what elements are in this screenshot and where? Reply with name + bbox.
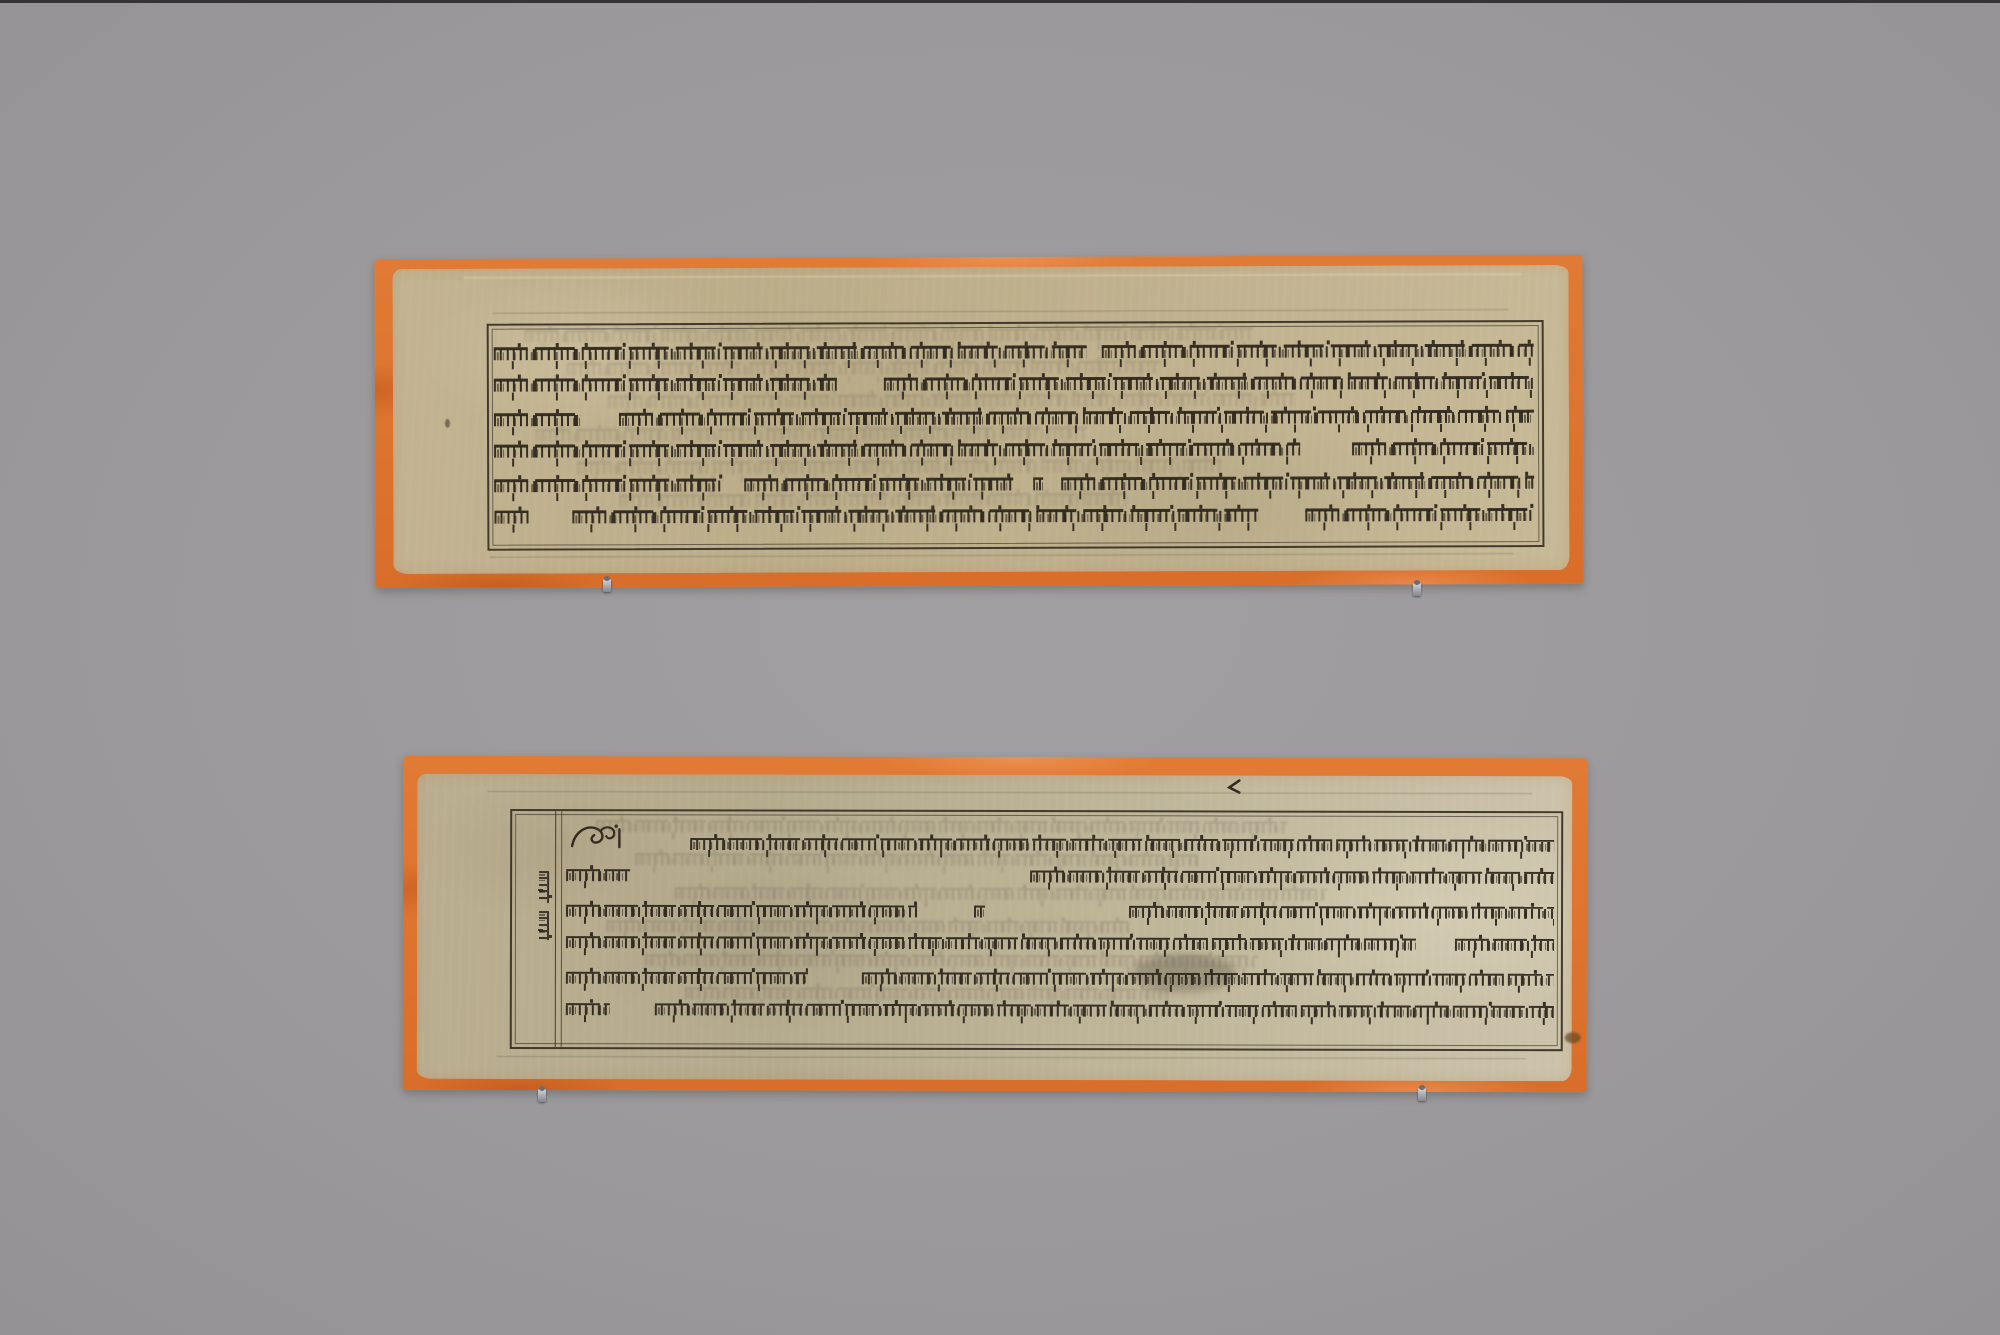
ghost-segment (605, 916, 1129, 943)
margin-divider-rule (555, 811, 562, 1047)
bleed-rule (487, 791, 1532, 794)
ghost-segment (608, 389, 1294, 418)
photo-backdrop (0, 0, 2000, 1335)
folio-top-script-block (494, 322, 1535, 549)
mounting-pin (1413, 582, 1421, 596)
bleed-through-ghost-line (494, 454, 1534, 485)
ghost-segment (567, 356, 1160, 385)
ghost-segment (684, 983, 1168, 1010)
bleed-through-ghost-line (566, 816, 1554, 844)
mounting-pin (538, 1088, 546, 1102)
bleed-through-ghost-line (494, 322, 1534, 353)
mounting-pin (603, 578, 611, 592)
bleed-through-ghost-line (494, 421, 1534, 452)
ghost-segment (577, 455, 1222, 484)
brown-stain (1565, 1032, 1581, 1043)
photo-top-edge (0, 0, 2000, 3)
ghost-segment (635, 850, 1198, 877)
ghost-segment (525, 323, 1253, 353)
manuscript-folio-bottom (403, 756, 1588, 1092)
ghost-segment (619, 488, 1129, 517)
bleed-through-ghost-line (566, 983, 1554, 1011)
folio-bottom-text-frame (510, 809, 1564, 1051)
ghost-segment (645, 950, 1258, 977)
folio-bottom-paper (417, 774, 1573, 1081)
folio-top-text-frame (487, 320, 1545, 551)
margin-folio-label (538, 871, 552, 943)
bleed-through-ghost-line (494, 355, 1534, 386)
bleed-through-ghost-line (566, 916, 1554, 944)
paper-speck (445, 419, 450, 428)
bleed-rule (497, 1056, 1526, 1059)
ghost-segment (536, 423, 1087, 452)
handwritten-ink-mark (1226, 778, 1242, 796)
folio-top-paper (392, 265, 1569, 574)
manuscript-folio-top (374, 255, 1583, 588)
ghost-segment (596, 816, 1288, 843)
bleed-through-ghost-line (494, 487, 1534, 518)
bleed-through-ghost-line (566, 950, 1554, 978)
bleed-through-ghost-line (566, 849, 1554, 877)
ghost-segment (675, 883, 1327, 910)
paper-crease (463, 273, 1521, 279)
bleed-through-ghost-line (566, 883, 1554, 911)
bleed-rule (493, 309, 1509, 314)
folio-bottom-script-block (566, 811, 1554, 1049)
bleed-rule (489, 553, 1513, 558)
mounting-pin (1418, 1087, 1426, 1101)
bleed-through-ghost-line (494, 388, 1534, 419)
